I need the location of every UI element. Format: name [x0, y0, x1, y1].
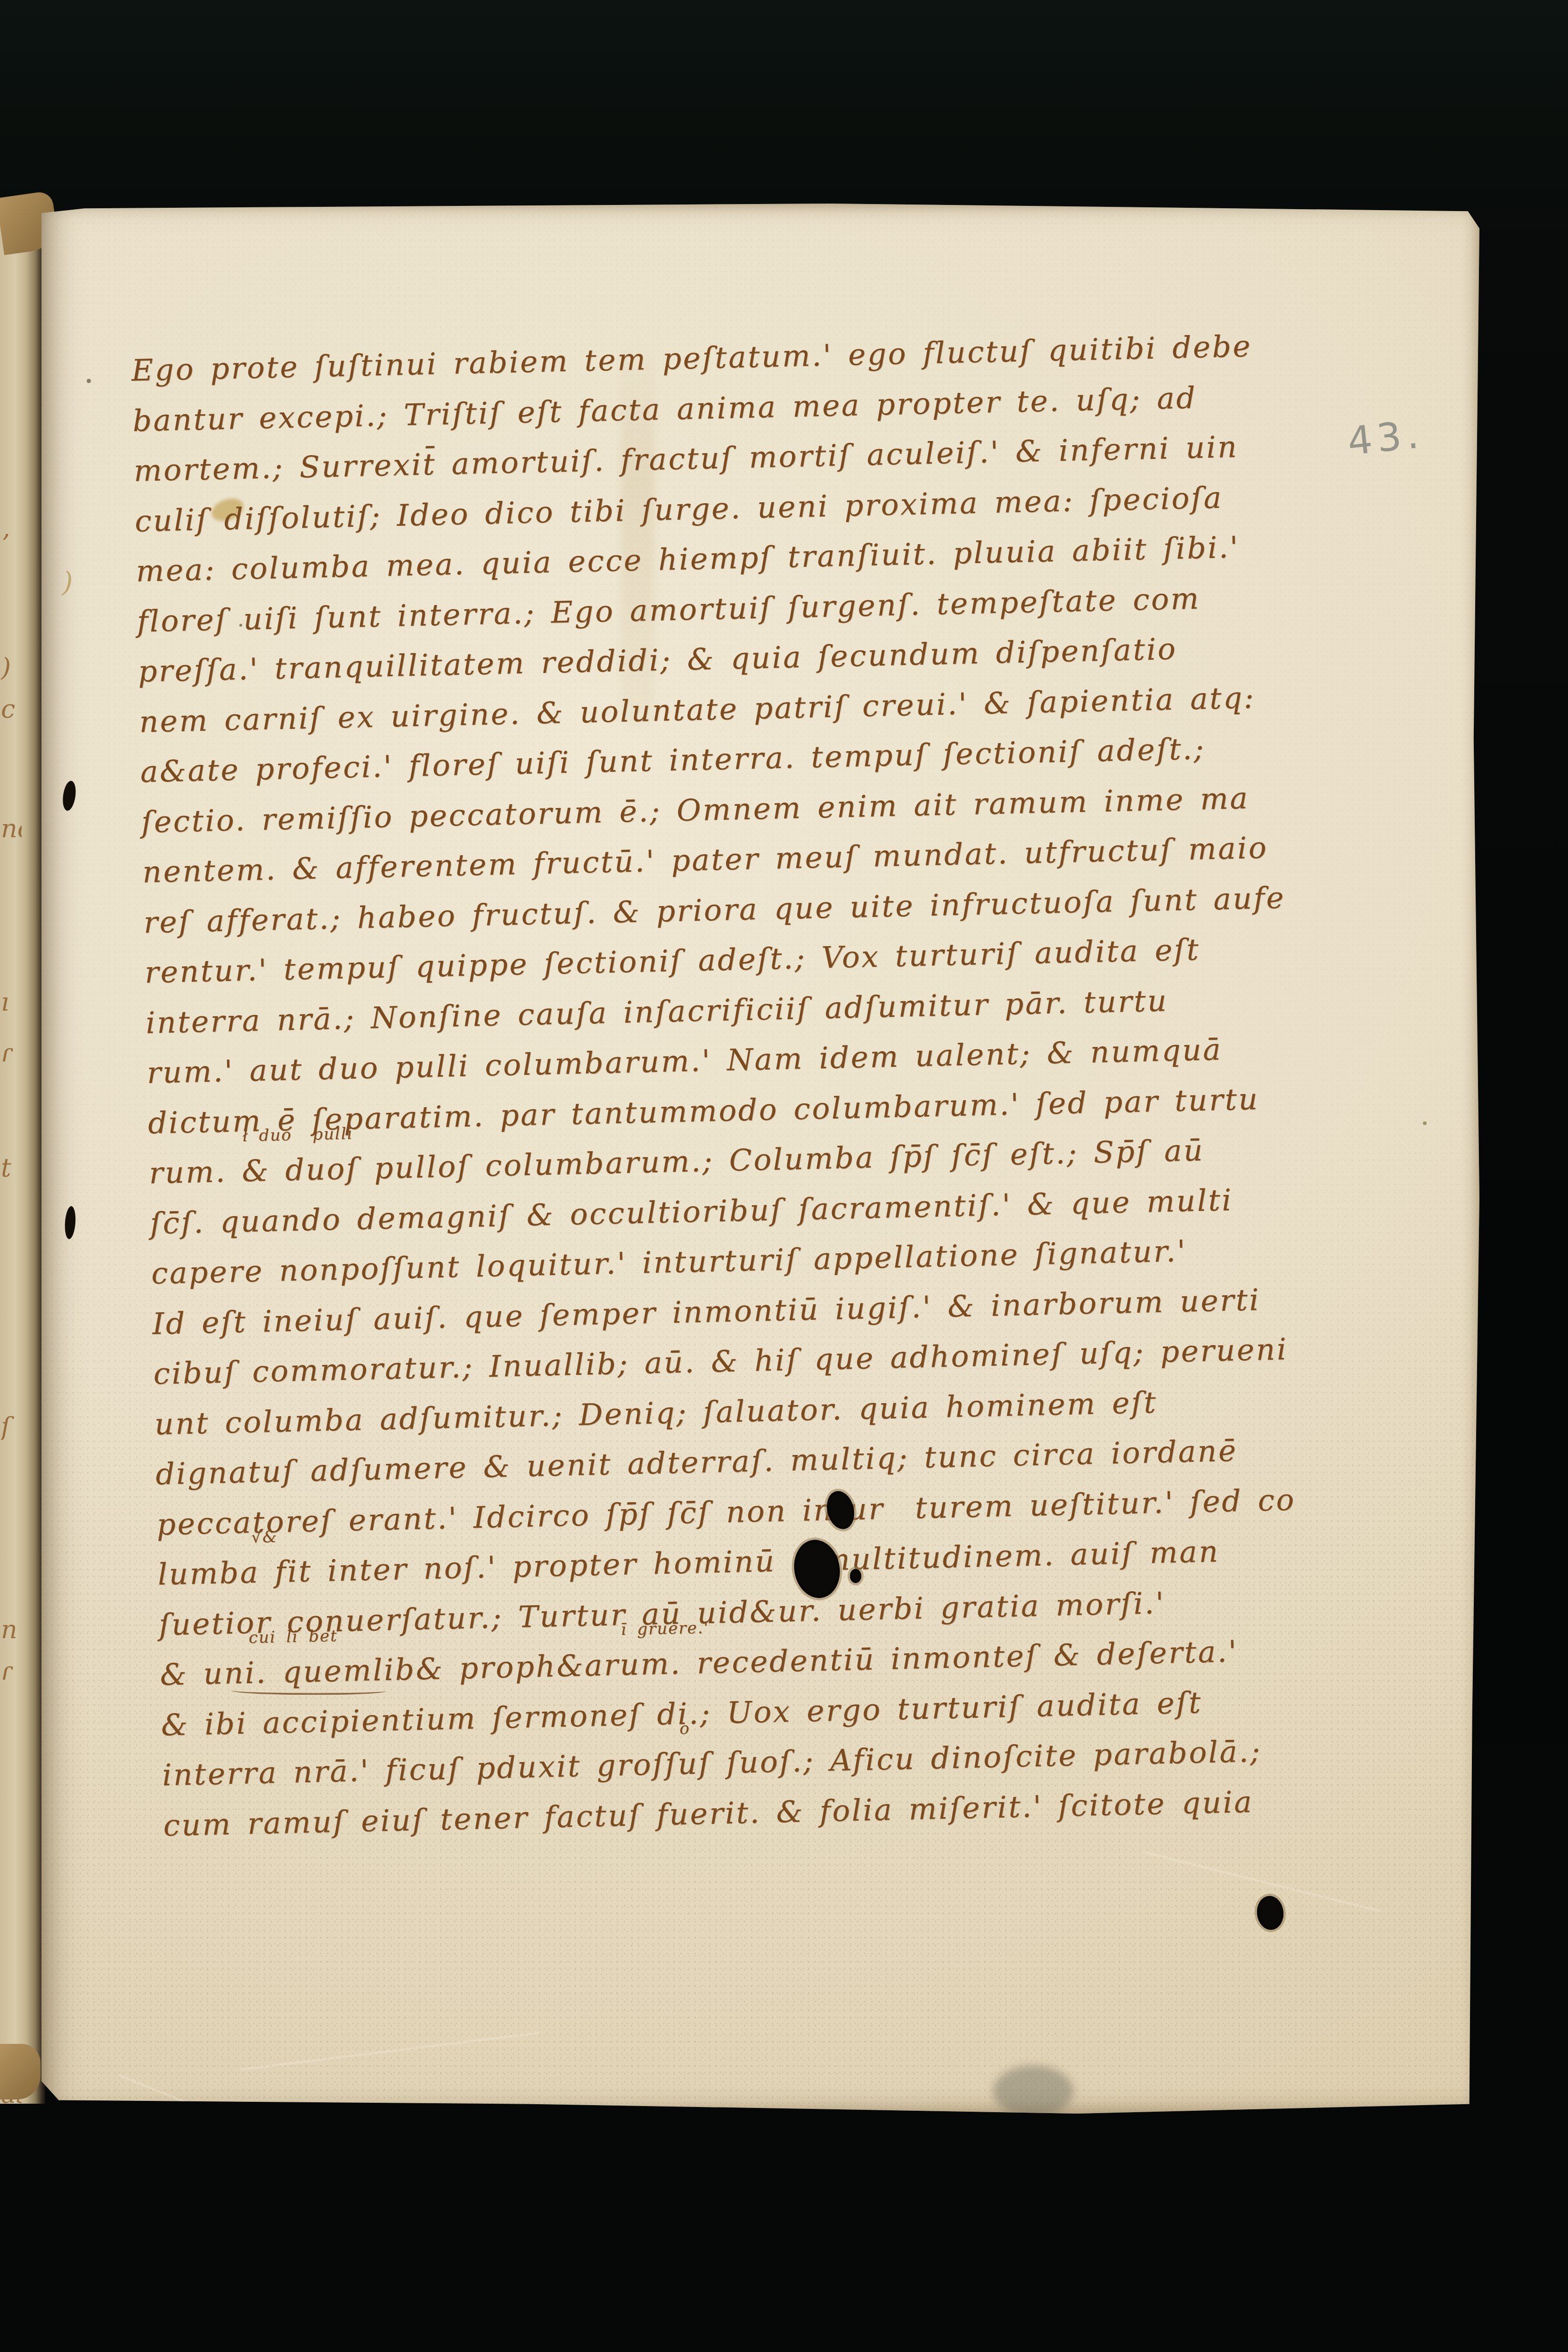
- text-block: Ego prote ſuſtinui rabiem tem peſtatum.'…: [131, 319, 1398, 1851]
- facing-page-text-fragment: n: [1, 1617, 22, 1642]
- facing-page-text-fragment: ʼ: [1, 531, 22, 557]
- facing-page-text-fragment: ſ: [1, 1414, 22, 1440]
- facing-page-text-fragment: ɾ: [1, 1040, 22, 1066]
- facing-page-text-fragment: nc: [1, 816, 22, 841]
- parchment-smudge: [993, 2066, 1073, 2117]
- facing-page-text-fragment: t: [1, 1155, 22, 1181]
- facing-page-text-fragment: c: [1, 696, 22, 722]
- facing-page-edge: ʼ)cncıɾtſnɾaɔ: [0, 214, 45, 2104]
- parchment-hole: [1255, 1895, 1285, 1931]
- binding-corner-bottom: [0, 2044, 41, 2099]
- interlinear-gloss: cui li bet: [248, 1627, 337, 1646]
- facing-page-text-fragment: ı: [1, 989, 22, 1015]
- interlinear-gloss: √&: [251, 1528, 278, 1546]
- expunction-squiggle: [231, 1686, 386, 1695]
- facing-page-text-fragment: ): [1, 655, 22, 680]
- manuscript-page: 43. Ego prote ſuſtinui rabiem tem peſtat…: [41, 204, 1479, 2115]
- interlinear-gloss: o: [679, 1720, 690, 1737]
- interlinear-gloss: ī gruere.': [621, 1619, 709, 1638]
- parchment-hole: [850, 1569, 861, 1583]
- parchment-crease: [240, 2032, 540, 2070]
- sewing-slit: [61, 780, 78, 812]
- photograph-background: { "folio": { "label": "43." }, "manuscri…: [0, 0, 1568, 2352]
- dirt-speck: [1423, 1121, 1427, 1125]
- dirt-speck: [87, 379, 91, 383]
- parchment-crease: [119, 2074, 303, 2150]
- interlinear-gloss: ł duo pulli: [242, 1125, 353, 1144]
- margin-mark: ): [62, 568, 73, 596]
- sewing-slit: [64, 1206, 77, 1239]
- facing-page-text-fragment: ɾ: [1, 1658, 22, 1684]
